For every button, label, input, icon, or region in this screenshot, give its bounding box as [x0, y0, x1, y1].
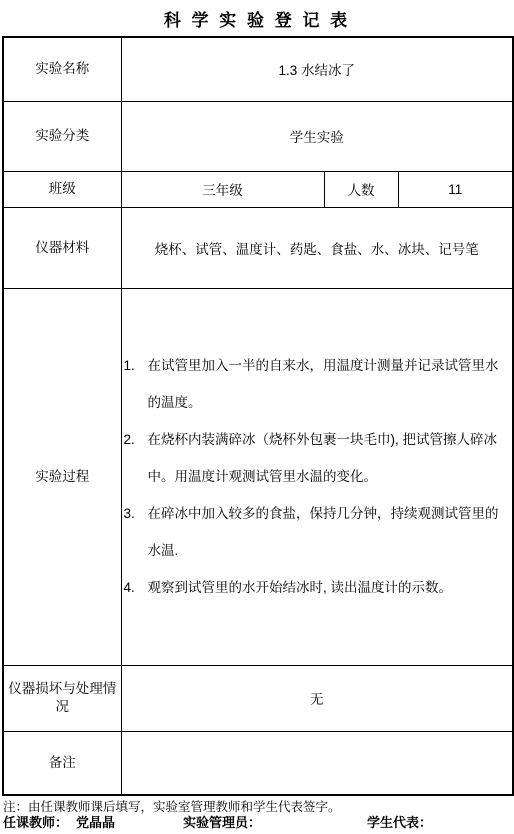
step-text: 在烧杯内装满碎冰（烧杯外包裹一块毛巾), 把试管擦人碎冰中。用温度计观测试管里水…	[148, 432, 498, 484]
signature-teacher-name: 党晶晶	[76, 815, 115, 830]
class-label: 班级	[3, 171, 121, 207]
process-step: 4.观察到试管里的水开始结冰时, 读出温度计的示数。	[124, 569, 511, 606]
experiment-name-value: 1.3 水结冰了	[121, 37, 513, 101]
signature-student-rep: 学生代表：	[367, 812, 440, 831]
signature-teacher: 任课教师：党晶晶	[3, 812, 115, 831]
process-steps-list: 1.在试管里加入一半的自来水，用温度计测量并记录试管里水的温度。 2.在烧杯内装…	[124, 347, 511, 606]
equipment-damage-value: 无	[121, 665, 513, 731]
table-row-equipment-damage: 仪器损坏与处理情况 无	[3, 665, 513, 731]
experiment-category-value: 学生实验	[121, 101, 513, 171]
step-number: 1.	[124, 347, 148, 384]
process-step: 1.在试管里加入一半的自来水，用温度计测量并记录试管里水的温度。	[124, 347, 511, 421]
process-label: 实验过程	[3, 288, 121, 665]
materials-label: 仪器材料	[3, 207, 121, 288]
registration-table: 实验名称 1.3 水结冰了 实验分类 学生实验 班级 三年级 人数 11 仪器材…	[2, 36, 514, 796]
step-number: 3.	[124, 495, 148, 532]
remarks-value	[121, 731, 513, 795]
process-step: 3.在碎冰中加入较多的食盐，保持几分钟，持续观测试管里的水温.	[124, 495, 511, 569]
table-row-remarks: 备注	[3, 731, 513, 795]
process-step: 2.在烧杯内装满碎冰（烧杯外包裹一块毛巾), 把试管擦人碎冰中。用温度计观测试管…	[124, 421, 511, 495]
step-number: 4.	[124, 569, 148, 606]
signature-student-rep-label: 学生代表：	[367, 815, 432, 830]
table-row-experiment-category: 实验分类 学生实验	[3, 101, 513, 171]
class-value: 三年级	[121, 171, 324, 207]
page-title: 科 学 实 验 登 记 表	[0, 6, 514, 31]
signature-lab-manager-label: 实验管理员：	[183, 815, 261, 830]
experiment-name-label: 实验名称	[3, 37, 121, 101]
step-text: 观察到试管里的水开始结冰时, 读出温度计的示数。	[148, 580, 453, 595]
step-text: 在试管里加入一半的自来水，用温度计测量并记录试管里水的温度。	[148, 358, 499, 410]
materials-value: 烧杯、试管、温度计、药匙、食盐、水、冰块、记号笔	[121, 207, 513, 288]
equipment-damage-label: 仪器损坏与处理情况	[3, 665, 121, 731]
table-row-process: 实验过程 1.在试管里加入一半的自来水，用温度计测量并记录试管里水的温度。 2.…	[3, 288, 513, 665]
table-row-materials: 仪器材料 烧杯、试管、温度计、药匙、食盐、水、冰块、记号笔	[3, 207, 513, 288]
signature-row: 任课教师：党晶晶 实验管理员： 学生代表：	[3, 812, 511, 830]
signature-lab-manager: 实验管理员：	[183, 812, 269, 831]
step-number: 2.	[124, 421, 148, 458]
science-experiment-registration-form: { "page_title": "科 学 实 验 登 记 表", "form":…	[0, 0, 514, 834]
table-row-class: 班级 三年级 人数 11	[3, 171, 513, 207]
student-count-value: 11	[398, 171, 513, 207]
signature-teacher-label: 任课教师：	[3, 815, 68, 830]
process-steps-cell: 1.在试管里加入一半的自来水，用温度计测量并记录试管里水的温度。 2.在烧杯内装…	[121, 288, 513, 665]
table-row-experiment-name: 实验名称 1.3 水结冰了	[3, 37, 513, 101]
step-text: 在碎冰中加入较多的食盐，保持几分钟，持续观测试管里的水温.	[148, 506, 499, 558]
experiment-category-label: 实验分类	[3, 101, 121, 171]
student-count-label: 人数	[324, 171, 398, 207]
remarks-label: 备注	[3, 731, 121, 795]
